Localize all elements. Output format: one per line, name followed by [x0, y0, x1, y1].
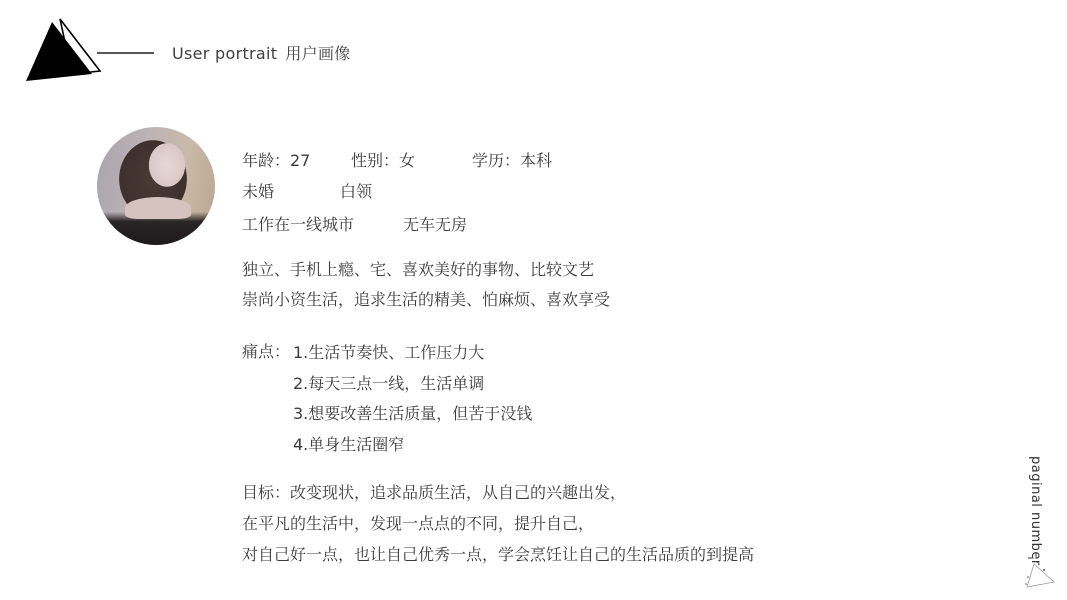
profile-age: 年龄：27: [242, 151, 310, 171]
page-title: User portrait用户画像: [172, 44, 351, 64]
page-title-cn: 用户画像: [285, 44, 350, 63]
goal-line: 对自己好一点，也让自己优秀一点，学会烹饪让自己的生活品质的到提高: [242, 545, 754, 565]
pain-point-item: 2.每天三点一线，生活单调: [293, 374, 484, 394]
avatar: [97, 127, 215, 245]
trait-line: 崇尚小资生活，追求生活的精美、怕麻烦、喜欢享受: [242, 290, 610, 310]
page-number-label: paginal number: [1028, 456, 1043, 566]
avatar-shoulder-shape: [125, 197, 191, 219]
goal-line: 在平凡的生活中，发现一点点的不同，提升自己，: [242, 514, 594, 534]
pain-points-label: 痛点：: [242, 342, 290, 362]
profile-city: 工作在一线城市: [242, 215, 354, 235]
profile-gender: 性别：女: [351, 151, 415, 171]
small-triangle-icon: [1020, 556, 1060, 592]
pain-point-item: 3.想要改善生活质量，但苦于没钱: [293, 404, 532, 424]
pain-point-item: 4.单身生活圈窄: [293, 435, 404, 455]
trait-line: 独立、手机上瘾、宅、喜欢美好的事物、比较文艺: [242, 260, 594, 280]
page-title-en: User portrait: [172, 44, 277, 63]
profile-occupation: 白领: [340, 182, 372, 202]
logo-triangles-icon: [0, 0, 170, 100]
profile-assets: 无车无房: [403, 215, 467, 235]
goal-line: 目标：改变现状，追求品质生活，从自己的兴趣出发，: [242, 483, 626, 503]
pain-point-item: 1.生活节奏快、工作压力大: [293, 343, 484, 363]
profile-education: 学历：本科: [472, 151, 552, 171]
profile-marital-status: 未婚: [242, 182, 274, 202]
